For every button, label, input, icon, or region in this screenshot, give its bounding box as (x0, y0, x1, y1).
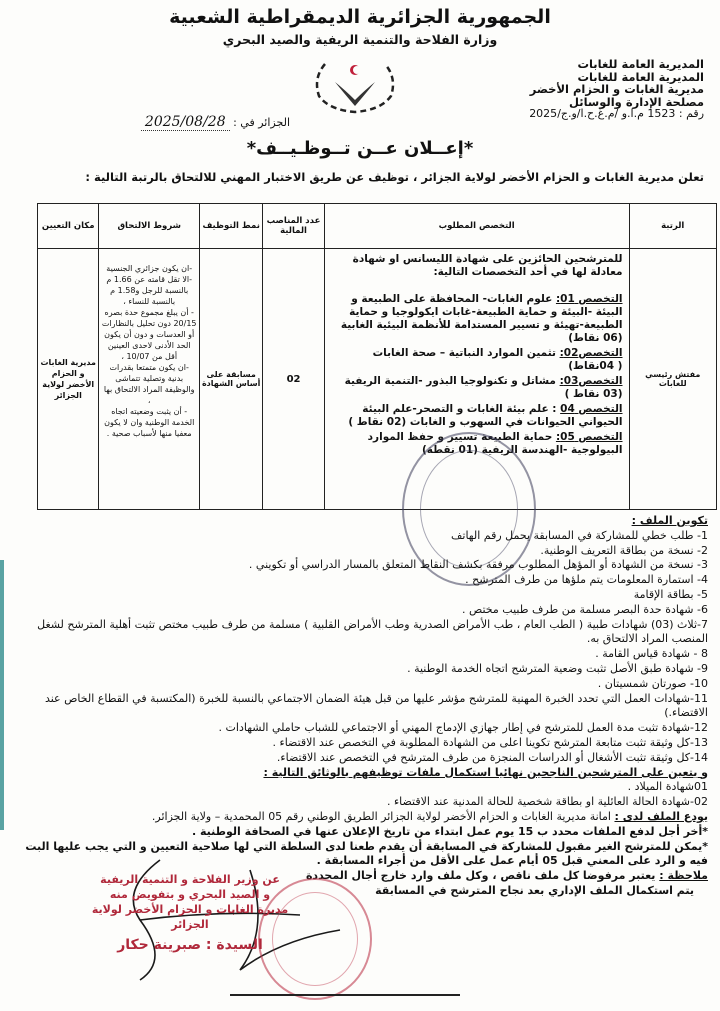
page-edge-strip (0, 560, 4, 830)
successful-item: 01شهادة الميلاد . (8, 780, 708, 795)
table-row: مفتش رئيسي للغابات للمترشحين الحائزين عل… (38, 249, 717, 510)
specialty-item: التخصص 04 : علم بيئة الغابات و التصحر-عل… (331, 403, 623, 429)
header-conditions: شروط الالتحاق (99, 204, 200, 249)
file-item: 14-كل وثيقة تثبت الأشغال أو الدراسات الم… (8, 751, 708, 766)
signature-block: عن وزير الفلاحة و التنمية الريفية و الصي… (90, 872, 290, 953)
positions-table: الرتبة التخصص المطلوب عدد المناصب المالي… (37, 203, 717, 510)
ref-label: رقم : (679, 107, 704, 120)
deadline-text: *أخر أجل لدفع الملفات محدد ب 15 يوم عمل … (8, 825, 708, 840)
header-rank: الرتبة (629, 204, 717, 249)
file-item: 8 - شهادة قياس القامة . (8, 647, 708, 662)
org-line: مديرية الغابات و الحزام الأخضر (464, 83, 704, 96)
cell-mode: مسابقة على أساس الشهادة (200, 249, 263, 510)
header-positions: عدد المناصب المالية (263, 204, 324, 249)
header-place: مكان التعيين (38, 204, 99, 249)
file-item: 11-شهادات العمل التي تحدد الخبرة المهنية… (8, 692, 708, 722)
date-value: 2025/08/28 (141, 114, 230, 131)
successful-candidates-title: و يتعين على المترشحين الناجحين نهائيا اس… (8, 766, 708, 781)
org-line: المديرية العامة للغابات (464, 58, 704, 71)
file-item: 7-ثلاث (03) شهادات طبية ( الطب العام ، ط… (8, 618, 708, 648)
condition-item: - أن يثبت وضعيته اتجاه الخدمة الوطنية وا… (101, 406, 197, 439)
file-item: 5- بطاقة الإقامة (8, 588, 708, 603)
organization-block: المديرية العامة للغابات المديرية العامة … (464, 58, 704, 121)
file-item: 10- صورتان شمسيتان . (8, 677, 708, 692)
intro-text: تعلن مديرية الغابات و الحزام الأخضر لولا… (4, 170, 704, 184)
specialty-item: التخصص02: تثمين الموارد النباتية – صحة ا… (331, 347, 623, 373)
cell-place: مديرية الغابات و الحزام الأخضر لولاية ال… (38, 249, 99, 510)
table-header-row: الرتبة التخصص المطلوب عدد المناصب المالي… (38, 204, 717, 249)
header-mode: نمط التوظيف (200, 204, 263, 249)
cell-conditions: -ان يكون جزائري الجنسية -الا تقل قامته ع… (99, 249, 200, 510)
deposit-line: يودع الملف لدى : امانة مديرية الغابات و … (8, 810, 708, 825)
signature-line: عن وزير الفلاحة و التنمية الريفية (90, 872, 290, 887)
file-item: 4- استمارة المعلومات يتم ملؤها من طرف ال… (8, 573, 708, 588)
ministry-header: وزارة الفلاحة والتنمية الريفية والصيد ال… (140, 32, 580, 47)
successful-item: 02-شهادة الحالة العائلية او بطاقة شخصية … (8, 795, 708, 810)
recruitment-announcement-page: الجمهورية الجزائرية الديمقراطية الشعبية … (0, 0, 720, 1011)
condition-item: -ان يكون جزائري الجنسية -الا تقل قامته ع… (101, 263, 197, 307)
file-item: 6- شهادة حدة البصر مسلمة من طرف طبيب مخت… (8, 603, 708, 618)
cell-positions: 02 (263, 249, 324, 510)
cell-rank: مفتش رئيسي للغابات (629, 249, 717, 510)
specialty-item: التخصص 01: علوم الغابات- المحافظة على ال… (331, 293, 623, 345)
date-line: الجزائر في : 2025/08/28 (100, 114, 290, 131)
file-item: 3- نسخة من الشهادة أو المؤهل المطلوب مرف… (8, 558, 708, 573)
file-item: 1- طلب خطي للمشاركة في المسابقة يحمل رقم… (8, 529, 708, 544)
file-item: 13-كل وثيقة تثبت متابعة المترشح تكوينا ا… (8, 736, 708, 751)
condition-item: -ان يكون متمتعا بقدرات بدنية وتصلية تتما… (101, 362, 197, 406)
emblem-icon (305, 56, 405, 116)
signature-line: و الصيد البحري و بتفويض منه (90, 887, 290, 902)
date-label: الجزائر في : (233, 116, 290, 129)
deposit-text: امانة مديرية الغابات و الحزام الأخضر لول… (152, 810, 611, 823)
file-item: 9- شهادة طبق الأصل تثبت وضعية المترشح ات… (8, 662, 708, 677)
specialty-item: التخصص03: مشاتل و تكنولوجيا البذور -التن… (331, 375, 623, 401)
specialty-intro: للمترشحين الحائزين على شهادة الليسانس او… (331, 253, 623, 279)
announcement-title: *إعــلان عــن تــوظـيــف* (200, 138, 520, 159)
divider (230, 994, 460, 996)
reference-number: رقم : 1523 م.ا.و /م.غ.ح.ا/و.ج/2025 (464, 108, 704, 121)
ref-value: 1523 م.ا.و /م.غ.ح.ا/و.ج/2025 (529, 107, 675, 120)
republic-header: الجمهورية الجزائرية الديمقراطية الشعبية (120, 6, 600, 28)
file-item: 2- نسخة من بطاقة التعريف الوطنية. (8, 544, 708, 559)
file-item: 12-شهادة تثبت مدة العمل للمترشح في إطار … (8, 721, 708, 736)
deposit-label: يودع الملف لدى : (614, 810, 708, 823)
condition-item: - أن يبلغ مجموع حدة بصره 20/15 دون تحليل… (101, 307, 197, 362)
signature-line: مديرة الغابات و الحزام الأخضر لولاية الج… (90, 902, 290, 932)
file-title: تكوين الملف : (8, 514, 708, 529)
header-specialty: التخصص المطلوب (324, 204, 629, 249)
file-requirements: تكوين الملف : 1- طلب خطي للمشاركة في الم… (8, 514, 708, 899)
signatory-name: السيدة : صبرينة حكار (90, 938, 290, 953)
note-label: ملاحظة : (659, 869, 708, 882)
